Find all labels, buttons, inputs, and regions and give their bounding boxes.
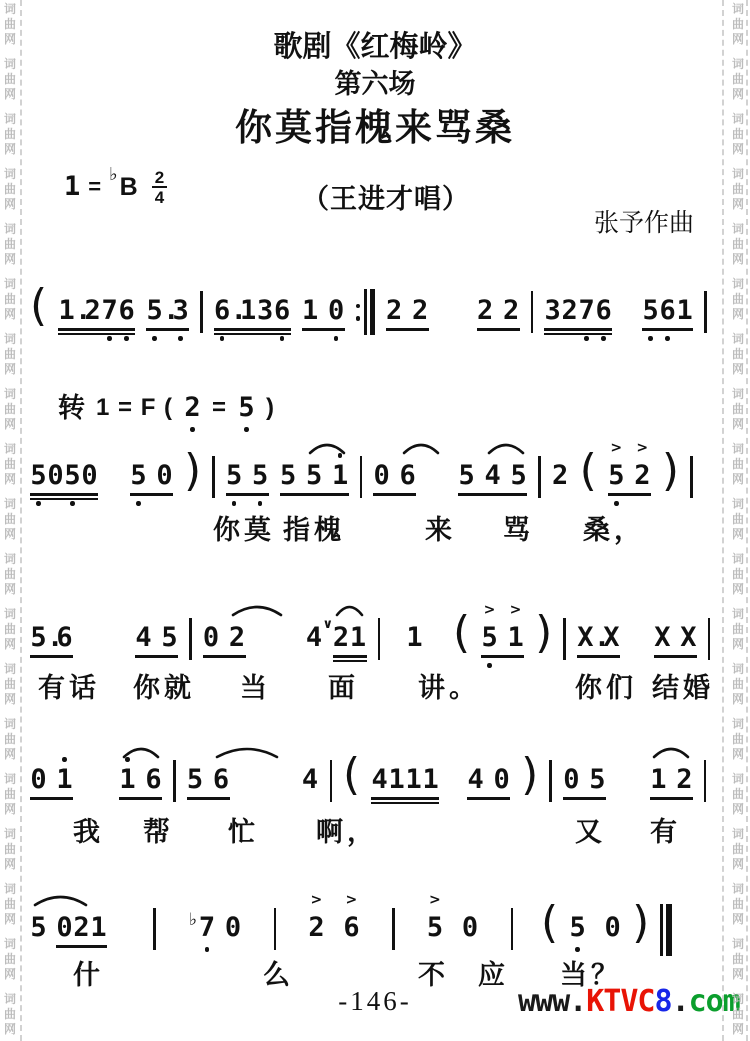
- note-digit: 0: [203, 623, 220, 653]
- lyric-word: 你们: [575, 666, 637, 705]
- barline-thick: [370, 289, 375, 335]
- note-digit: 1: [676, 296, 693, 326]
- note-digit: 6: [118, 296, 135, 326]
- note-group: 1: [406, 605, 423, 671]
- lyric-word: 有: [650, 810, 681, 849]
- note-digit: 0: [47, 461, 64, 491]
- note-group: 545: [458, 443, 527, 509]
- beam-underline: [302, 328, 345, 331]
- lyric-word: 忙: [228, 810, 259, 849]
- notation-text: 转: [58, 393, 85, 423]
- note-group: 50: [130, 443, 173, 509]
- barline: [690, 456, 693, 498]
- note-digits: 01: [30, 765, 73, 795]
- beam-underline: [563, 797, 606, 800]
- barline-thick: [666, 904, 672, 956]
- opera-title: 歌剧《红梅岭》: [0, 24, 750, 65]
- margin-watermark-char: 网: [4, 33, 16, 45]
- note-space: [319, 296, 328, 326]
- note-digit: 5: [226, 461, 243, 491]
- lyric-word: 讲。: [418, 666, 480, 705]
- margin-watermark-char: 网: [732, 308, 744, 320]
- accent-mark: >: [311, 893, 323, 907]
- note-digits: 51: [481, 623, 524, 653]
- note-digits: 3276: [544, 296, 612, 326]
- octave-dot-low: [575, 947, 580, 952]
- margin-divider-left: [20, 0, 22, 1041]
- margin-watermark-char: 词: [732, 223, 744, 235]
- note-digit: X: [654, 623, 671, 653]
- margin-watermark-char: 曲: [732, 568, 744, 580]
- note-digit: X: [577, 623, 594, 653]
- margin-watermark-char: 词: [4, 278, 16, 290]
- margin-watermark-char: 词: [732, 113, 744, 125]
- notation-text: 1 = F (: [96, 393, 173, 423]
- note-space: [475, 461, 484, 491]
- note-digit: 0: [156, 461, 173, 491]
- note-group: 3276: [544, 278, 612, 344]
- note-space: [147, 461, 156, 491]
- octave-dot-low: [36, 501, 41, 506]
- lyric-word: 来: [425, 508, 456, 547]
- barline: [549, 760, 552, 802]
- margin-watermark-char: 词: [4, 553, 16, 565]
- beam-underline: [477, 328, 520, 331]
- note-digit: 6: [343, 913, 360, 943]
- beam-underline: [608, 493, 651, 496]
- margin-watermark-char: 网: [732, 143, 744, 155]
- margin-watermark-char: 曲: [4, 788, 16, 800]
- slur-arc: [231, 602, 283, 618]
- duration-dot: .: [231, 296, 240, 326]
- margin-watermark-char: 网: [4, 418, 16, 430]
- note-digit: 5: [458, 461, 475, 491]
- note-digit: 0: [604, 913, 621, 943]
- note-digit: 2: [73, 913, 90, 943]
- note-space: [580, 765, 589, 795]
- note-digit: 5: [569, 913, 586, 943]
- note-digits: 12: [650, 765, 693, 795]
- close-parenthesis: ): [662, 448, 679, 494]
- margin-watermark-char: 词: [732, 443, 744, 455]
- beam-underline: [544, 328, 612, 331]
- note-digit: 4: [306, 623, 323, 653]
- octave-dot-low: [601, 336, 606, 341]
- note-digits: XX: [654, 623, 697, 653]
- note-digits: 545: [458, 461, 527, 491]
- margin-watermark-char: 网: [732, 803, 744, 815]
- margin-watermark-char: 网: [4, 1023, 16, 1035]
- duration-dot: .: [594, 623, 603, 653]
- barline: [704, 291, 707, 333]
- note-digit: 6: [399, 461, 416, 491]
- barline: [538, 456, 541, 498]
- note-digit: 6: [214, 296, 231, 326]
- beam-underline: [135, 655, 178, 658]
- note-group: 56: [187, 747, 230, 813]
- note-space: [216, 913, 225, 943]
- note-digit: 1: [332, 461, 349, 491]
- margin-watermark-char: 曲: [732, 403, 744, 415]
- note-group: 4∨21: [306, 605, 367, 671]
- lyric-word: 我: [73, 810, 104, 849]
- beam-underline: [642, 328, 693, 331]
- close-parenthesis: ): [521, 752, 538, 798]
- beam-underline: [119, 797, 162, 800]
- note-space: [586, 913, 595, 943]
- octave-dot-low: [280, 336, 285, 341]
- beam-underline: [146, 328, 189, 331]
- note-group: X.X: [577, 605, 620, 671]
- margin-watermark-char: 网: [4, 253, 16, 265]
- margin-watermark-char: 词: [4, 828, 16, 840]
- margin-watermark-char: 词: [4, 663, 16, 675]
- note-digit: 5: [642, 296, 659, 326]
- margin-watermark-char: 曲: [732, 788, 744, 800]
- margin-watermark-char: 网: [732, 198, 744, 210]
- watermark-segment: .: [672, 984, 689, 1019]
- barline: [330, 760, 333, 802]
- note-digits: 05: [563, 765, 606, 795]
- note-group: 6.136: [214, 278, 291, 344]
- note-digit: 2: [634, 461, 651, 491]
- margin-watermark-char: 曲: [4, 953, 16, 965]
- note-digit: 1: [350, 623, 367, 653]
- margin-watermark-char: 曲: [4, 513, 16, 525]
- slur-arc: [335, 602, 364, 618]
- note-space: [47, 913, 56, 943]
- note-space: [297, 461, 306, 491]
- octave-dot-high: [62, 757, 67, 762]
- note-digits: 02: [203, 623, 246, 653]
- margin-watermark-char: 网: [732, 638, 744, 650]
- octave-dot-low: [232, 501, 237, 506]
- margin-watermark-char: 网: [732, 968, 744, 980]
- margin-watermark-char: 网: [4, 693, 16, 705]
- note-digit: 2: [412, 296, 429, 326]
- lyric-word: 当？: [560, 953, 622, 992]
- margin-watermark-char: 曲: [732, 843, 744, 855]
- note-digit: 2: [308, 913, 325, 943]
- octave-dot-low: [107, 336, 112, 341]
- note-space: [444, 913, 453, 943]
- meter-numerator: 2: [152, 169, 167, 186]
- note-digits: 4∨21: [306, 623, 367, 653]
- close-parenthesis: ): [184, 448, 201, 494]
- note-digits: 50: [569, 913, 621, 943]
- note-group: 50: [569, 895, 621, 961]
- margin-watermark-char: 词: [732, 608, 744, 620]
- margin-watermark-char: 网: [4, 803, 16, 815]
- music-line: 5.645024∨211(51>>)X.XXX: [30, 605, 722, 671]
- beam-underline: [333, 655, 367, 658]
- margin-watermark-char: 网: [732, 748, 744, 760]
- note-digit: 4: [135, 623, 152, 653]
- margin-watermark-char: 网: [4, 143, 16, 155]
- margin-watermark-char: 网: [732, 88, 744, 100]
- beam-underline: [226, 493, 269, 496]
- music-line: 5021♭7026>>50>(50): [30, 895, 722, 961]
- margin-watermark-char: 曲: [4, 18, 16, 30]
- repeat-end-barline: [356, 289, 375, 335]
- margin-watermark-char: 曲: [732, 623, 744, 635]
- octave-dot-low: [614, 501, 619, 506]
- note-space: [325, 913, 334, 943]
- note-digits: 1: [406, 623, 423, 653]
- margin-watermark-char: 词: [732, 828, 744, 840]
- note-digit: 5: [427, 913, 444, 943]
- octave-dot-low: [136, 501, 141, 506]
- margin-watermark-char: 网: [4, 308, 16, 320]
- note-group: 40: [467, 747, 510, 813]
- note-digit: 5: [252, 461, 269, 491]
- beam-underline: [371, 797, 439, 800]
- note-space: [625, 461, 634, 491]
- margin-watermark-char: 曲: [4, 293, 16, 305]
- note-group: 2: [552, 443, 569, 509]
- beam-underline: [214, 328, 291, 331]
- site-watermark: www.KTVC8.com: [518, 984, 740, 1019]
- slur-arc: [33, 892, 88, 908]
- note-digit: 4: [371, 765, 388, 795]
- note-digits: 6.136: [214, 296, 291, 326]
- barline: [212, 456, 215, 498]
- note-digit: 5: [510, 461, 527, 491]
- note-group: XX: [654, 605, 697, 671]
- note-digit: 0: [373, 461, 390, 491]
- margin-watermark-char: 词: [732, 883, 744, 895]
- lyric-word: 当: [240, 666, 271, 705]
- margin-watermark-char: 曲: [732, 458, 744, 470]
- margin-watermark-char: 词: [732, 58, 744, 70]
- beam-underline: [386, 328, 429, 331]
- music-line: 转1 = F (2=5): [58, 375, 275, 441]
- margin-watermark-char: 曲: [4, 403, 16, 415]
- song-title: 你莫指槐来骂桑: [0, 97, 750, 151]
- note-group: 5: [238, 375, 255, 441]
- singer-credit: （王进才唱）: [302, 177, 470, 216]
- note-group: 1.276: [58, 278, 135, 344]
- note-digit: 5: [481, 623, 498, 653]
- note-digit: 0: [563, 765, 580, 795]
- margin-watermark-char: 曲: [4, 843, 16, 855]
- margin-watermark-char: 网: [4, 473, 16, 485]
- octave-dot-low: [584, 336, 589, 341]
- note-digit: 4: [484, 461, 501, 491]
- margin-watermark-char: 网: [732, 1023, 744, 1035]
- note-digit: 7: [101, 296, 118, 326]
- beam-underline: [280, 493, 349, 496]
- margin-watermark-char: 曲: [4, 73, 16, 85]
- key-tonic: 1: [64, 172, 80, 202]
- margin-watermark-char: 曲: [4, 128, 16, 140]
- note-digits: 26: [308, 913, 360, 943]
- lyric-word: 不: [418, 953, 449, 992]
- margin-watermark-char: 词: [732, 498, 744, 510]
- duration-dot: .: [163, 296, 172, 326]
- lyric-word: 什: [73, 953, 104, 992]
- margin-watermark-char: 词: [4, 608, 16, 620]
- note-digits: 5.6: [30, 623, 73, 653]
- margin-watermark-char: 词: [4, 993, 16, 1005]
- margin-watermark-char: 词: [4, 333, 16, 345]
- note-digit: 1: [240, 296, 257, 326]
- note-space: [323, 461, 332, 491]
- barline: [200, 291, 203, 333]
- note-digit: 5: [238, 393, 255, 423]
- margin-watermark-char: 曲: [732, 238, 744, 250]
- note-space: [47, 765, 56, 795]
- beam-underline: [56, 945, 107, 948]
- note-digit: 2: [184, 393, 201, 423]
- barline: [173, 760, 176, 802]
- beam-underline: [371, 802, 439, 805]
- margin-watermark-char: 词: [4, 3, 16, 15]
- note-digits: 2: [184, 393, 201, 423]
- beam-underline: [30, 797, 73, 800]
- margin-watermark-char: 词: [732, 388, 744, 400]
- note-digit: 5: [161, 623, 178, 653]
- slur-arc: [487, 440, 525, 456]
- beam-underline: [333, 660, 367, 663]
- note-digit: 6: [659, 296, 676, 326]
- octave-dot-low: [190, 427, 195, 432]
- beam-underline: [203, 655, 246, 658]
- note-digit: X: [680, 623, 697, 653]
- watermark-segment: 8: [655, 984, 672, 1019]
- margin-watermark-char: 网: [4, 968, 16, 980]
- note-digit: X: [603, 623, 620, 653]
- margin-watermark-char: 网: [4, 583, 16, 595]
- margin-watermark-char: 网: [732, 913, 744, 925]
- note-digit: 4: [302, 765, 319, 795]
- barline: [563, 618, 566, 660]
- note-space: [501, 461, 510, 491]
- note-group: ♭70: [188, 895, 242, 961]
- octave-dot-low: [152, 336, 157, 341]
- lyric-word: 么: [263, 953, 294, 992]
- beam-underline: [467, 797, 510, 800]
- beam-underline: [654, 655, 697, 658]
- beam-underline: [58, 328, 135, 331]
- margin-watermark-char: 词: [4, 113, 16, 125]
- note-group: 55: [226, 443, 269, 509]
- octave-dot-low: [334, 336, 339, 341]
- octave-dot-low: [648, 336, 653, 341]
- barline: [708, 618, 711, 660]
- note-digits: 2: [552, 461, 569, 491]
- note-group: 50>: [427, 895, 479, 961]
- margin-watermark-char: 词: [4, 718, 16, 730]
- note-digits: 4111: [371, 765, 439, 795]
- note-group: 5050: [30, 443, 98, 509]
- breath-mark-icon: ∨: [323, 610, 333, 640]
- note-digit: 5: [30, 461, 47, 491]
- beam-underline: [58, 333, 135, 336]
- note-digit: 0: [328, 296, 345, 326]
- note-digits: 50: [130, 461, 173, 491]
- slur-arc: [652, 744, 690, 760]
- note-group: 52>>: [608, 443, 651, 509]
- margin-watermark-char: 曲: [4, 898, 16, 910]
- note-digit: 2: [676, 765, 693, 795]
- octave-dot-low: [220, 336, 225, 341]
- margin-watermark-char: 曲: [4, 183, 16, 195]
- note-digit: 2: [477, 296, 494, 326]
- note-digit: 1: [56, 765, 73, 795]
- note-digits: 16: [119, 765, 162, 795]
- barline: [511, 908, 514, 950]
- margin-watermark-char: 曲: [732, 128, 744, 140]
- music-line: 0116564(411140)0512: [30, 747, 722, 813]
- note-digits: 56: [187, 765, 230, 795]
- note-space: [595, 913, 604, 943]
- margin-watermark-char: 词: [732, 773, 744, 785]
- notation-text: =: [212, 393, 227, 423]
- margin-watermark-char: 曲: [732, 73, 744, 85]
- margin-watermark-char: 网: [732, 858, 744, 870]
- barline: [189, 618, 192, 660]
- open-parenthesis: (: [30, 283, 47, 329]
- margin-watermark-char: 曲: [4, 458, 16, 470]
- margin-watermark-char: 曲: [732, 898, 744, 910]
- note-space: [498, 623, 507, 653]
- note-digit: 3: [172, 296, 189, 326]
- equals-sign: =: [88, 172, 101, 202]
- lyric-word: 面: [328, 666, 359, 705]
- beam-underline: [30, 498, 98, 501]
- note-digit: 5: [146, 296, 163, 326]
- slur-arc: [215, 744, 279, 760]
- note-digit: 4: [467, 765, 484, 795]
- note-group: 561: [642, 278, 693, 344]
- note-digit: 6: [595, 296, 612, 326]
- note-digit: 2: [561, 296, 578, 326]
- margin-watermark-char: 网: [4, 748, 16, 760]
- margin-watermark-char: 曲: [732, 18, 744, 30]
- note-group: 05: [563, 747, 606, 813]
- note-space: [220, 623, 229, 653]
- open-parenthesis: (: [453, 610, 470, 656]
- beam-underline: [187, 797, 230, 800]
- margin-watermark-char: 词: [4, 443, 16, 455]
- margin-watermark-char: 曲: [732, 293, 744, 305]
- margin-divider-right-outer: [746, 0, 748, 1041]
- open-parenthesis: (: [343, 752, 360, 798]
- note-digits: 22: [386, 296, 429, 326]
- duration-dot: .: [75, 296, 84, 326]
- note-group: 22: [477, 278, 520, 344]
- margin-watermark-char: 网: [732, 528, 744, 540]
- lyric-word: 帮: [143, 810, 174, 849]
- slur-arc: [402, 440, 440, 456]
- margin-watermark-char: 词: [4, 883, 16, 895]
- margin-watermark-char: 曲: [732, 733, 744, 745]
- note-digit: 5: [306, 461, 323, 491]
- note-digit: 5: [64, 461, 81, 491]
- note-digit: 7: [578, 296, 595, 326]
- note-digit: 2: [229, 623, 246, 653]
- note-space: [204, 765, 213, 795]
- note-digit: 3: [544, 296, 561, 326]
- margin-watermark-char: 网: [4, 913, 16, 925]
- note-digits: 5021: [30, 913, 107, 943]
- lyric-word: 有话: [38, 666, 100, 705]
- note-digits: 45: [135, 623, 178, 653]
- note-digit: 2: [503, 296, 520, 326]
- octave-dot-low: [205, 947, 210, 952]
- accent-mark: >: [484, 603, 496, 617]
